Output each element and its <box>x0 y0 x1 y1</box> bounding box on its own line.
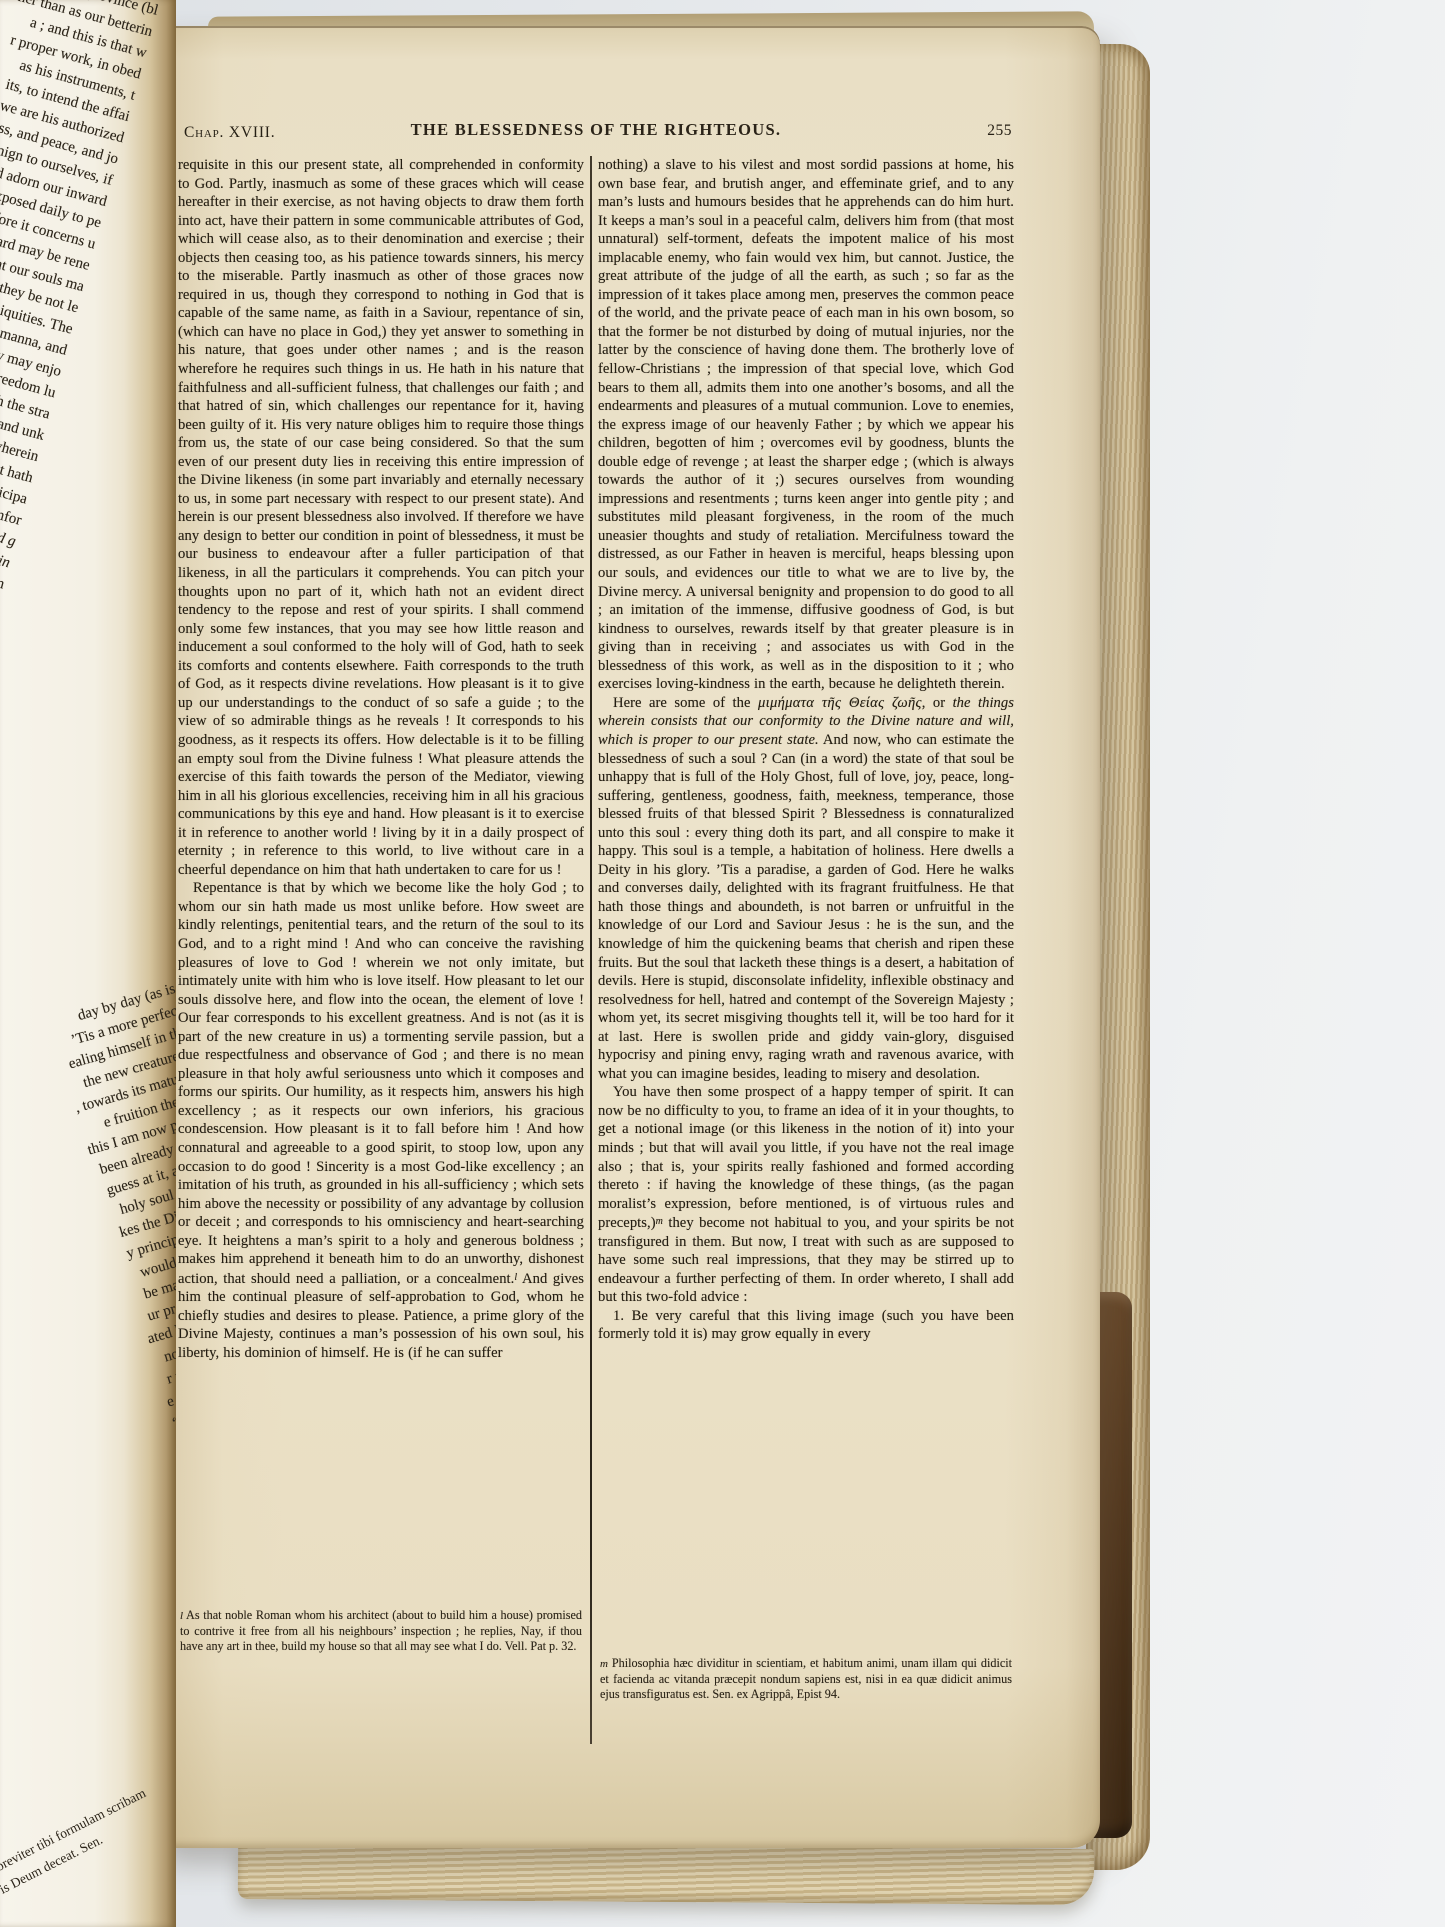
book-page: Chap. XVIII. THE BLESSEDNESS OF THE RIGH… <box>148 26 1100 1848</box>
previous-page-strip: S.happy ? ’Tis not our bf our own provin… <box>0 0 176 1927</box>
paragraph: Here are some of the μιμήματα τῆς Θείας … <box>598 694 1014 1083</box>
page-number: 255 <box>987 122 1012 140</box>
page-edges-bottom <box>238 1843 1094 1905</box>
previous-page-text-bottom: day by day (as is’Tis a more perfecteali… <box>0 978 176 1900</box>
left-column-text: requisite in this our present state, all… <box>178 156 584 1363</box>
column-divider-rule <box>590 156 592 1744</box>
paragraph: Repentance is that by which we become li… <box>178 879 584 1362</box>
footnote-marker: m <box>600 1658 608 1670</box>
footnote-right: m Philosophia hæc dividitur in scientiam… <box>600 1656 1012 1703</box>
footnote-reference: l <box>514 1272 517 1283</box>
right-column-text: nothing) a slave to his vilest and most … <box>598 156 1014 1344</box>
paragraph: You have then some prospect of a happy t… <box>598 1083 1014 1307</box>
previous-page-text-top: S.happy ? ’Tis not our bf our own provin… <box>0 0 172 808</box>
footnote-marker: l <box>180 1610 183 1622</box>
paragraph: 1. Be very careful that this living imag… <box>598 1307 1014 1344</box>
page-header: Chap. XVIII. THE BLESSEDNESS OF THE RIGH… <box>178 120 1014 146</box>
right-column: nothing) a slave to his vilest and most … <box>598 156 1014 1748</box>
footnote-text: As that noble Roman whom his architect (… <box>180 1608 582 1653</box>
text-columns: requisite in this our present state, all… <box>178 156 1014 1748</box>
left-column: requisite in this our present state, all… <box>178 156 584 1748</box>
book-photo: Chap. XVIII. THE BLESSEDNESS OF THE RIGH… <box>0 0 1445 1927</box>
footnote-text: Philosophia hæc dividitur in scientiam, … <box>600 1656 1012 1701</box>
paragraph: requisite in this our present state, all… <box>178 156 584 879</box>
running-title: THE BLESSEDNESS OF THE RIGHTEOUS. <box>178 120 1014 140</box>
footnote-reference: m <box>656 1216 663 1227</box>
footnote-left: l As that noble Roman whom his architect… <box>180 1608 582 1655</box>
paragraph: nothing) a slave to his vilest and most … <box>598 156 1014 694</box>
greek-phrase: μιμήματα τῆς Θείας ζωῆς <box>758 695 922 711</box>
